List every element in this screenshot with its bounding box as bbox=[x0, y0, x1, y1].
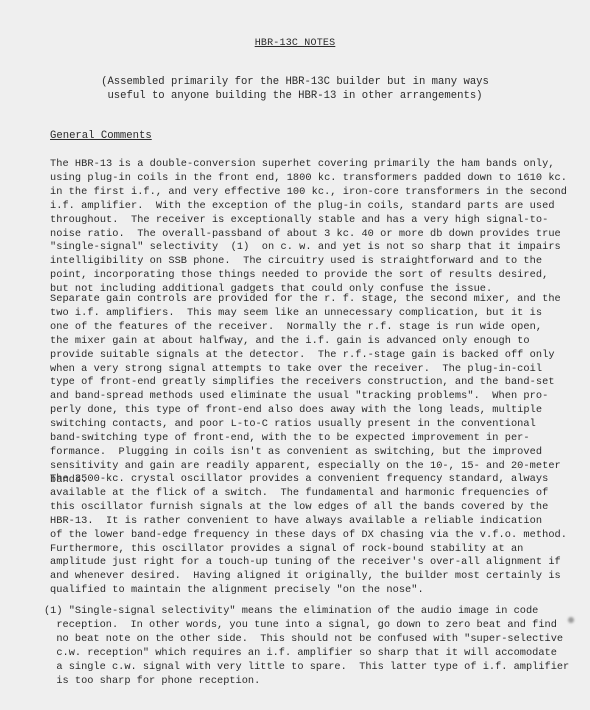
paragraph-overview: The HBR-13 is a double-conversion superh… bbox=[50, 158, 570, 297]
paragraph-gain-controls: Separate gain controls are provided for … bbox=[50, 293, 570, 488]
footnote-single-signal: (1) "Single-signal selectivity" means th… bbox=[44, 605, 574, 688]
document-page: HBR-13C NOTES (Assembled primarily for t… bbox=[0, 0, 590, 710]
document-title: HBR-13C NOTES bbox=[0, 38, 590, 49]
section-heading-general-comments: General Comments bbox=[50, 130, 152, 142]
document-subtitle: (Assembled primarily for the HBR-13C bui… bbox=[0, 75, 590, 103]
paper-smudge bbox=[568, 617, 574, 623]
paragraph-crystal-oscillator: The 3500-kc. crystal oscillator provides… bbox=[50, 473, 570, 598]
document-title-text: HBR-13C NOTES bbox=[255, 38, 336, 49]
